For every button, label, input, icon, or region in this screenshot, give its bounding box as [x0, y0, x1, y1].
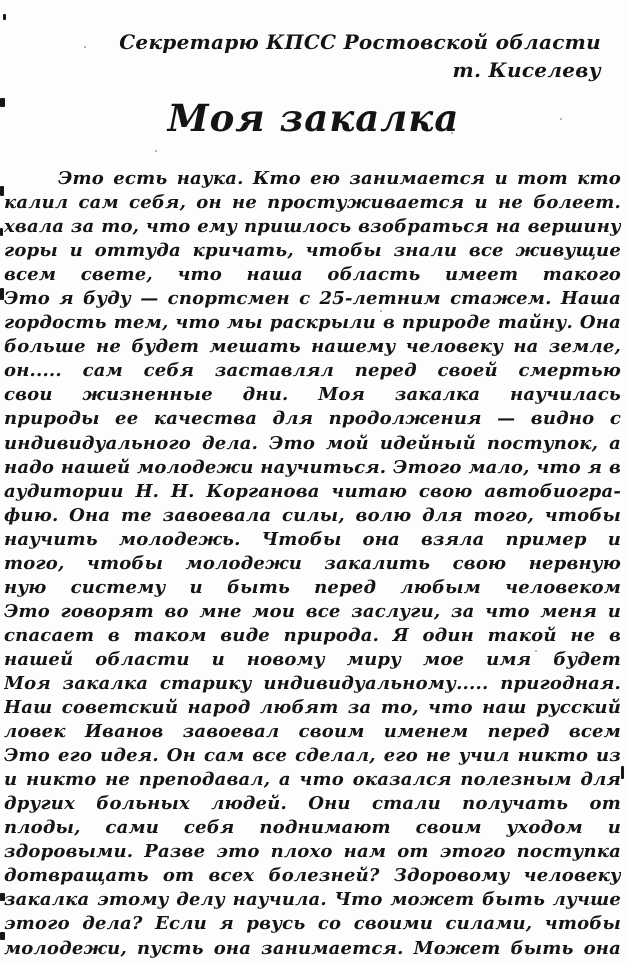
- handwritten-line: закалка этому делу научила. Что может бы…: [4, 888, 621, 912]
- handwritten-line: этого дела? Если я рвусь со своими силам…: [4, 912, 621, 936]
- handwritten-line: он..... сам себя заставлял перед своей с…: [4, 359, 621, 383]
- letter-body: Это есть наука. Кто ею занимается и тот …: [4, 167, 621, 961]
- handwritten-line: Это я буду — спортсмен с 25-летним стаже…: [4, 287, 621, 311]
- handwritten-line: плоды, сами себя поднимают своим уходом …: [4, 816, 621, 840]
- handwritten-line: и никто не преподавал, а что оказался по…: [4, 768, 621, 792]
- handwritten-line: надо нашей молодежи научиться. Этого мал…: [4, 456, 621, 480]
- handwritten-line: всем свете, что наша область имеет таког…: [4, 263, 621, 287]
- scan-artifact: [0, 186, 4, 196]
- handwritten-line: Моя закалка старику индивидуальному.....…: [4, 672, 621, 696]
- handwritten-line: Это его идея. Он сам все сделал, его не …: [4, 744, 621, 768]
- page-title: Моя закалка: [0, 96, 627, 140]
- handwritten-line: нашей области и новому миру мое имя буде…: [4, 648, 621, 672]
- handwritten-line: Наш советский народ любят за то, что наш…: [4, 696, 621, 720]
- handwritten-line: дотвращать от всех болезней? Здоровому ч…: [4, 864, 621, 888]
- dust-speck: [451, 132, 453, 134]
- handwritten-line: спасает в таком виде природа. Я один так…: [4, 624, 621, 648]
- handwritten-line: свои жизненные дни. Моя закалка научилас…: [4, 383, 621, 407]
- handwritten-line: фию. Она те завоевала силы, волю для тог…: [4, 504, 621, 528]
- handwritten-line: природы ее качества для продолжения — ви…: [4, 407, 621, 431]
- handwritten-line: хвала за то, что ему пришлось взобраться…: [4, 215, 621, 239]
- handwritten-line: других больных людей. Они стали получать…: [4, 792, 621, 816]
- handwritten-line: Это говорят во мне мои все заслуги, за ч…: [4, 600, 621, 624]
- handwritten-line: калил сам себя, он не простуживается и н…: [4, 191, 621, 215]
- dust-speck: [598, 352, 600, 354]
- recipient-line-2: т. Киселеву: [119, 56, 601, 84]
- scan-artifact: [621, 766, 624, 779]
- handwritten-line: индивидуального дела. Это мой идейный по…: [4, 432, 621, 456]
- handwritten-line: ловек Иванов завоевал своим именем перед…: [4, 720, 621, 744]
- handwritten-line: ную систему и быть перед любым человеком…: [4, 576, 621, 600]
- dust-speck: [560, 118, 562, 120]
- handwritten-line: здоровыми. Разве это плохо нам от этого …: [4, 840, 621, 864]
- handwritten-line: аудитории Н. Н. Корганова читаю свою авт…: [4, 480, 621, 504]
- recipient-block: Секретарю КПСС Ростовской области т. Кис…: [119, 28, 601, 84]
- handwritten-line: гордость тем, что мы раскрыли в природе …: [4, 311, 621, 335]
- scan-artifact: [0, 932, 5, 940]
- scan-artifact: [0, 228, 3, 236]
- scan-artifact: [0, 98, 5, 107]
- handwritten-line: горы и оттуда кричать, чтобы знали все ж…: [4, 239, 621, 263]
- handwritten-line: молодежи, пусть она занимается. Может бы…: [4, 937, 621, 961]
- dust-speck: [589, 902, 591, 904]
- scanned-page: Секретарю КПСС Ростовской области т. Кис…: [0, 0, 627, 965]
- dust-speck: [84, 46, 86, 48]
- handwritten-line: Это есть наука. Кто ею занимается и тот …: [4, 167, 621, 191]
- handwritten-line: того, чтобы молодежи закалить свою нервн…: [4, 552, 621, 576]
- scan-artifact: [0, 288, 4, 300]
- recipient-line-1: Секретарю КПСС Ростовской области: [119, 28, 601, 56]
- scan-artifact: [3, 14, 6, 20]
- scan-artifact: [0, 893, 5, 901]
- dust-speck: [155, 150, 157, 152]
- dust-speck: [535, 650, 537, 652]
- handwritten-line: больше не будет мешать нашему человеку н…: [4, 335, 621, 359]
- dust-speck: [380, 310, 382, 312]
- handwritten-line: научить молодежь. Чтобы она взяла пример…: [4, 528, 621, 552]
